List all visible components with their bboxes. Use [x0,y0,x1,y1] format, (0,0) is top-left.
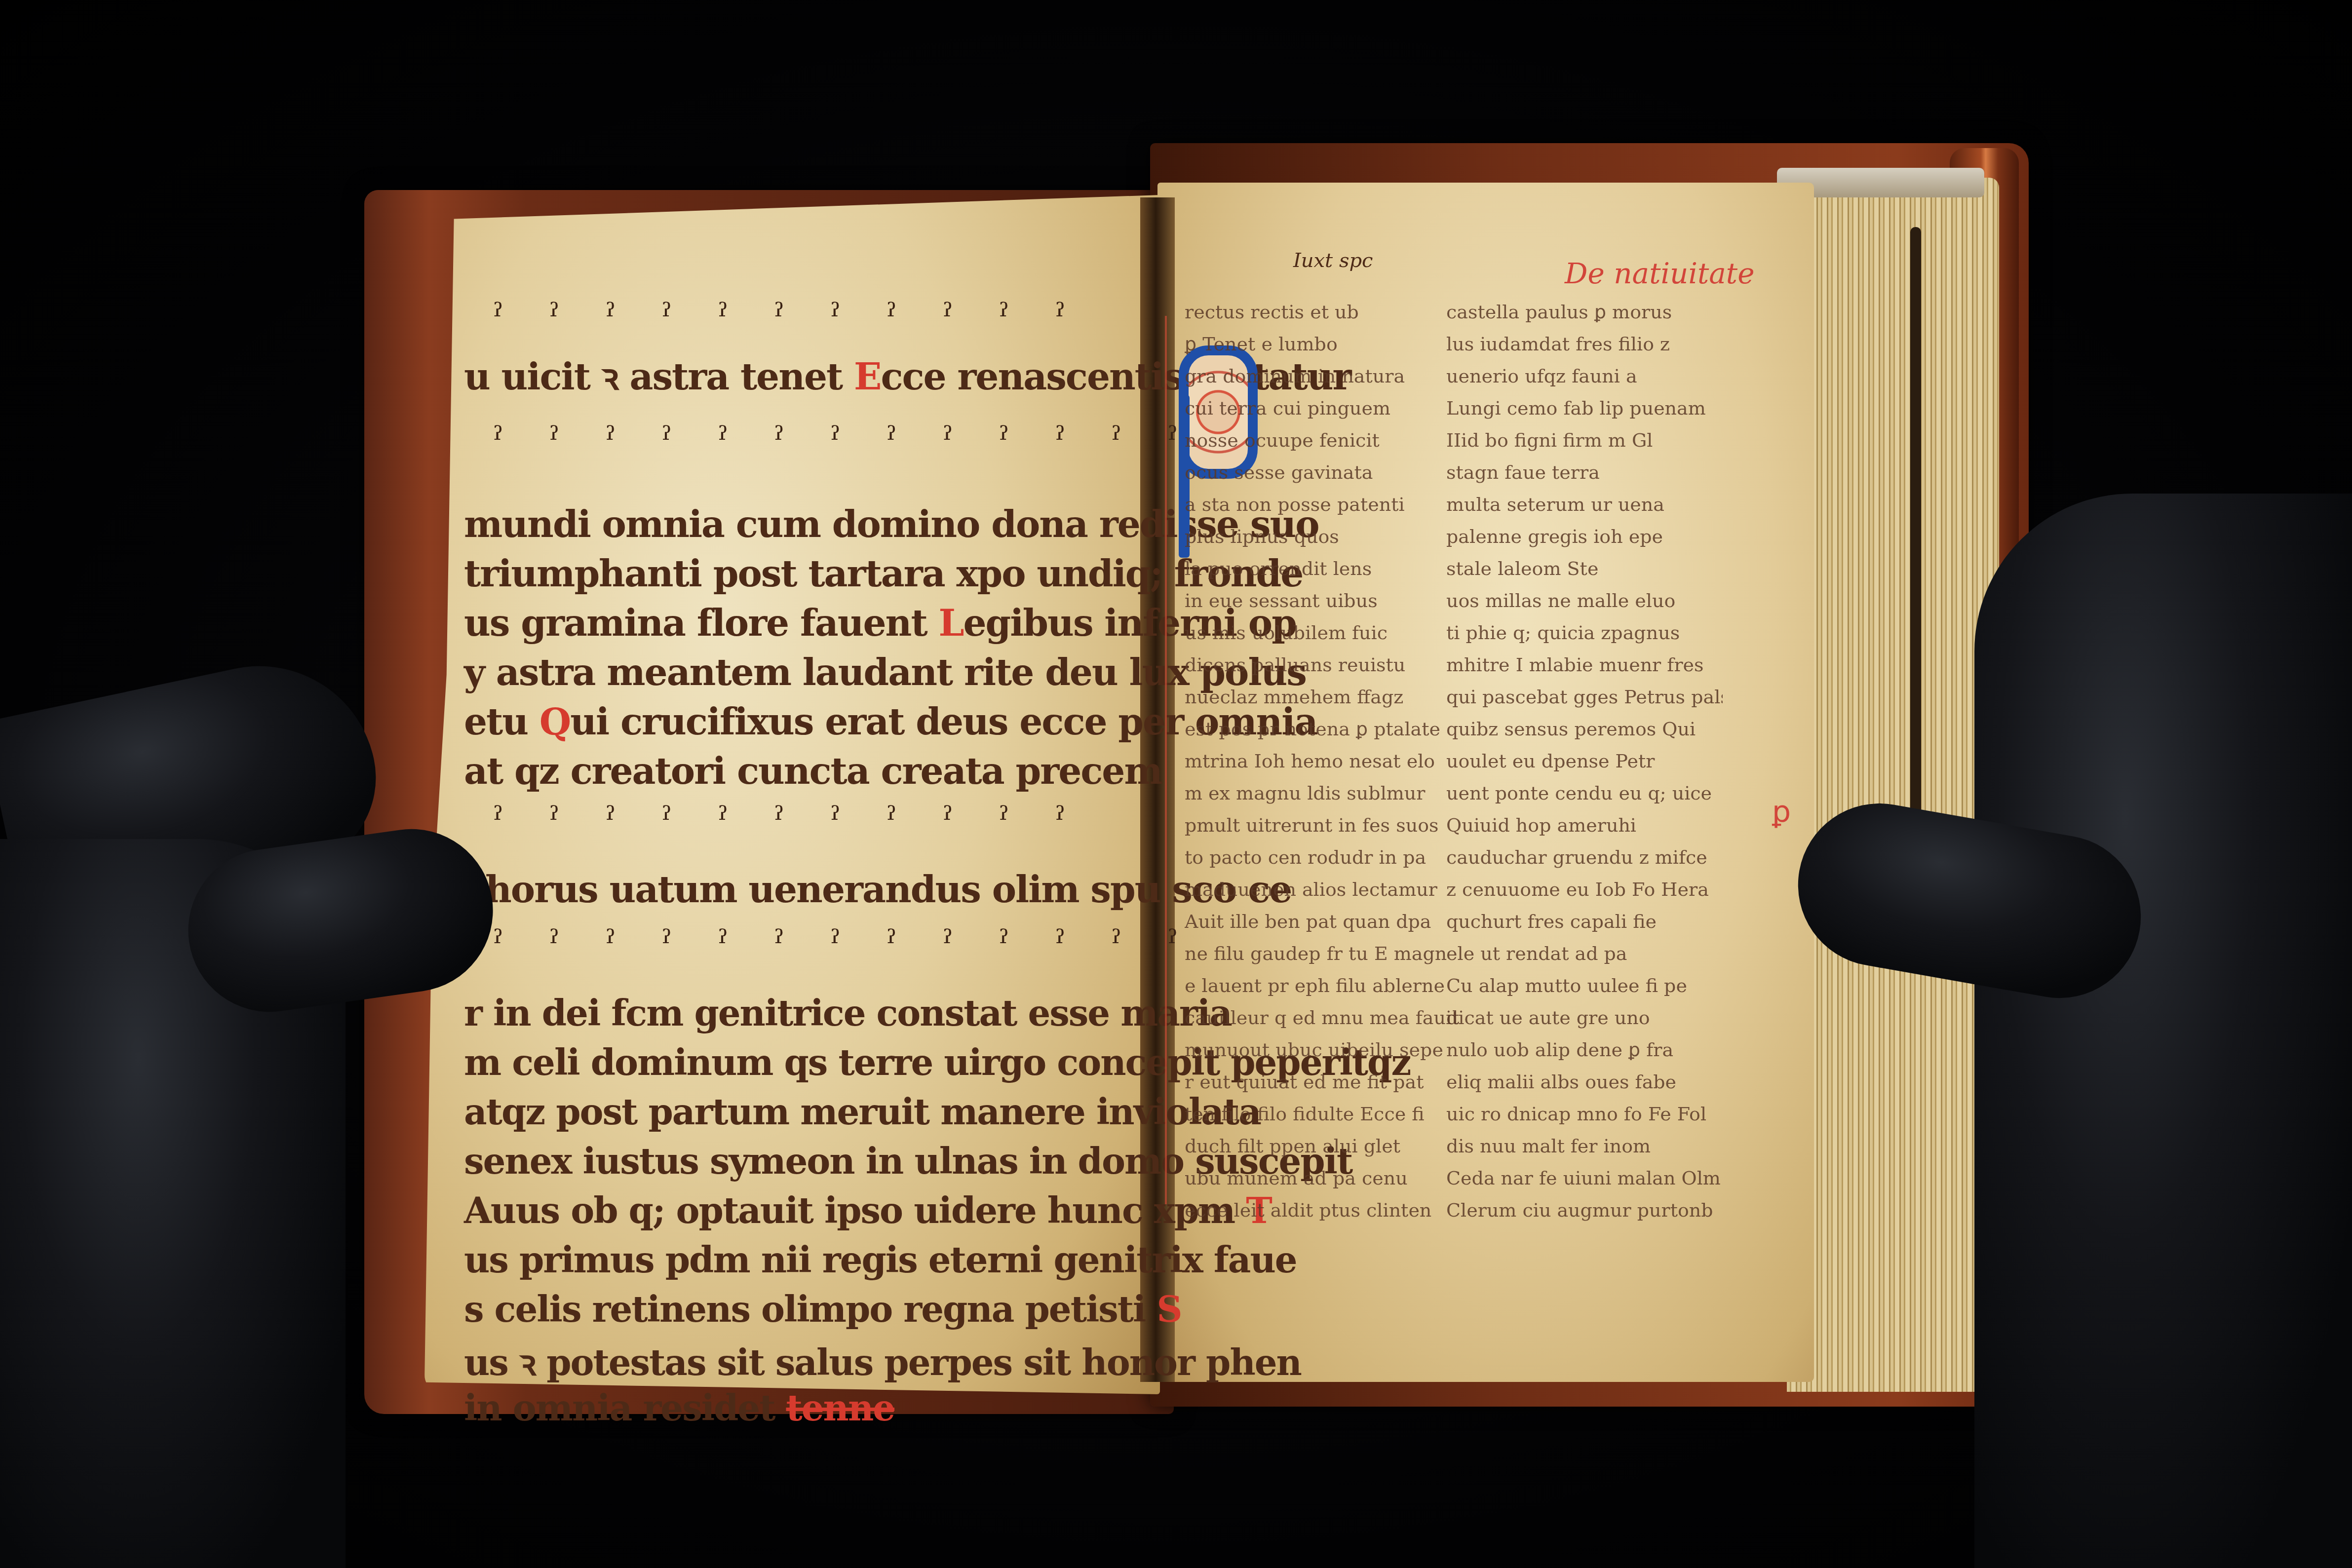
column-line: palenne gregis ioh epe [1446,521,1723,553]
text-line: Auus ob q; optauit ipso uidere hunc xpm … [464,1189,1272,1231]
column-line: ubu munem ad pa cenu [1185,1162,1461,1194]
column-line: Ceda nar fe uiuni malan Olm [1446,1162,1723,1194]
column-line: dicens palluans reuistu [1185,649,1461,681]
column-line: quchurt fres capali fie [1446,906,1723,938]
column-line: stale laleom Ste [1446,553,1723,585]
column-line: a sta non posse patenti [1185,489,1461,521]
column-line: lus iudamdat fres filio z [1446,328,1723,360]
text-column-a: rectus rectis et ubꝑ Tenet e lumbogra do… [1185,296,1461,1234]
column-line: ne filu gaudep fr tu E magn [1185,938,1461,970]
column-line: eue fecuncela fe penanto [1446,1226,1723,1234]
column-line: cui terra cui pinguem [1185,392,1461,424]
column-line: multa seterum ur uena [1446,489,1723,521]
column-line: ele ut rendat ad pa [1446,938,1723,970]
page-block-fore-edge [1787,178,1999,1392]
text-column-b: castella paulus ꝑ moruslus iudamdat fres… [1446,296,1723,1234]
column-line: z cenuuome eu Iob Fo Hera [1446,874,1723,906]
column-line: duch filt ppen alui glet [1185,1130,1461,1162]
column-line: ecce leit aldit ptus clinten [1185,1194,1461,1226]
column-line: Quiuid hop ameruhi [1446,809,1723,841]
rubric-initial: Q [540,701,570,743]
column-line: IIid bo figni firm m Gl [1446,424,1723,457]
column-line: Lungi cemo fab lip puenam [1446,392,1723,424]
neume-row: ˀ ˀ ˀ ˀ ˀ ˀ ˀ ˀ ˀ ˀ ˀ ˀ ˀ [494,923,1195,963]
text-line: us primus pdm nii regis eterni genitrix … [464,1239,1297,1281]
right-glove-hand [1974,494,2352,1568]
neume-row: ˀ ˀ ˀ ˀ ˀ ˀ ˀ ˀ ˀ ˀ ˀ [494,296,1083,337]
column-line: est pos pr notena ꝑ ptalate [1185,713,1461,745]
column-line: uic ro dnicap mno fo Fe Fol [1446,1098,1723,1130]
column-line: r eut quiuat ed me fit pat [1185,1066,1461,1098]
text-line: in omnia residet tenne [464,1387,894,1429]
column-line: ocus sesse gavinata [1185,457,1461,489]
column-line: mhitre I mlabie muenr fres [1446,649,1723,681]
rubric-initial: E [854,356,881,398]
column-line: uoulet eu dpense Petr [1446,745,1723,777]
column-line: rectus rectis et ub [1185,296,1461,328]
column-line: stagn faue terra [1446,457,1723,489]
neume-row: ˀ ˀ ˀ ˀ ˀ ˀ ˀ ˀ ˀ ˀ ˀ [494,800,1083,840]
column-line: plus lipnus quos [1185,521,1461,553]
column-line: ꝑ Tenet e lumbo [1185,328,1461,360]
column-line: to pacto cen rodudr in pa [1185,841,1461,874]
column-line: ti phie q; quicia zpagnus [1446,617,1723,649]
column-line: castella paulus ꝑ morus [1446,296,1723,328]
column-line: uenerio ufqz fauni a [1446,360,1723,392]
column-line: in eue sessant uibus [1185,585,1461,617]
text-line: r in dei fcm genitrice constat esse mari… [464,992,1232,1034]
column-line: Clerum ciu augmur purtonb [1446,1194,1723,1226]
text-line: at qz creatori cuncta creata precem [464,750,1162,793]
column-line: dicat ue aute gre uno [1446,1002,1723,1034]
column-line: mtrina Ioh hemo nesat elo [1185,745,1461,777]
column-line: la puo orrendit lens [1185,553,1461,585]
column-line: eliq malii albs oues fabe [1446,1066,1723,1098]
column-line: e lauent pr eph filu ablerne [1185,970,1461,1002]
column-line: nueclaz mmehem ffagz [1185,681,1461,713]
column-line: Cu alap mutto uulee fi pe [1446,970,1723,1002]
column-line: quibz sensus peremos Qui [1446,713,1723,745]
column-line: gra dominum in natura [1185,360,1461,392]
column-line: cauilleur q ed mnu mea fauit [1185,1002,1461,1034]
column-line: qui pascebat gges Petrus palsor [1446,681,1723,713]
running-head: Iuxt spc [1293,249,1373,272]
struck-word: tenne [786,1387,895,1429]
text-line: atqz post partum meruit manere inviolata [464,1091,1261,1133]
column-line: nosse ocuupe fenicit [1185,424,1461,457]
text-line: s celis retinens olimpo regna petisti S [464,1288,1181,1330]
column-line: dis nuu malt fer inom [1446,1130,1723,1162]
column-line: munuout ubuc uibeilu sepe [1185,1034,1461,1066]
margin-paragraph-mark: ꝑ [1772,795,1791,829]
column-line: ten filo filo fidulte Ecce fi [1185,1098,1461,1130]
neume-row: ˀ ˀ ˀ ˀ ˀ ˀ ˀ ˀ ˀ ˀ ˀ ˀ ˀ [494,420,1195,460]
column-line: uent ponte cendu eu q; uice [1446,777,1723,809]
column-line: maduuenen alios lectamur [1185,874,1461,906]
column-line: pmult uitrerunt in fes suos [1185,809,1461,841]
column-line: us mis uolubilem fuic [1185,617,1461,649]
rubric-initial: L [938,602,963,645]
column-line: cauduchar gruendu z mifce [1446,841,1723,874]
rubric-initial: S [1157,1288,1181,1330]
column-line: Auit ille ben pat quan dpa [1185,906,1461,938]
column-line: m ex magnu ldis sublmur [1185,777,1461,809]
column-line: nulo uob alip dene ꝑ fra [1446,1034,1723,1066]
text-line: us ꝛ potestas sit salus perpes sit honor… [464,1338,1301,1386]
rubric-heading: De natiuitate [1565,257,1754,290]
column-line: uos millas ne malle eluo [1446,585,1723,617]
